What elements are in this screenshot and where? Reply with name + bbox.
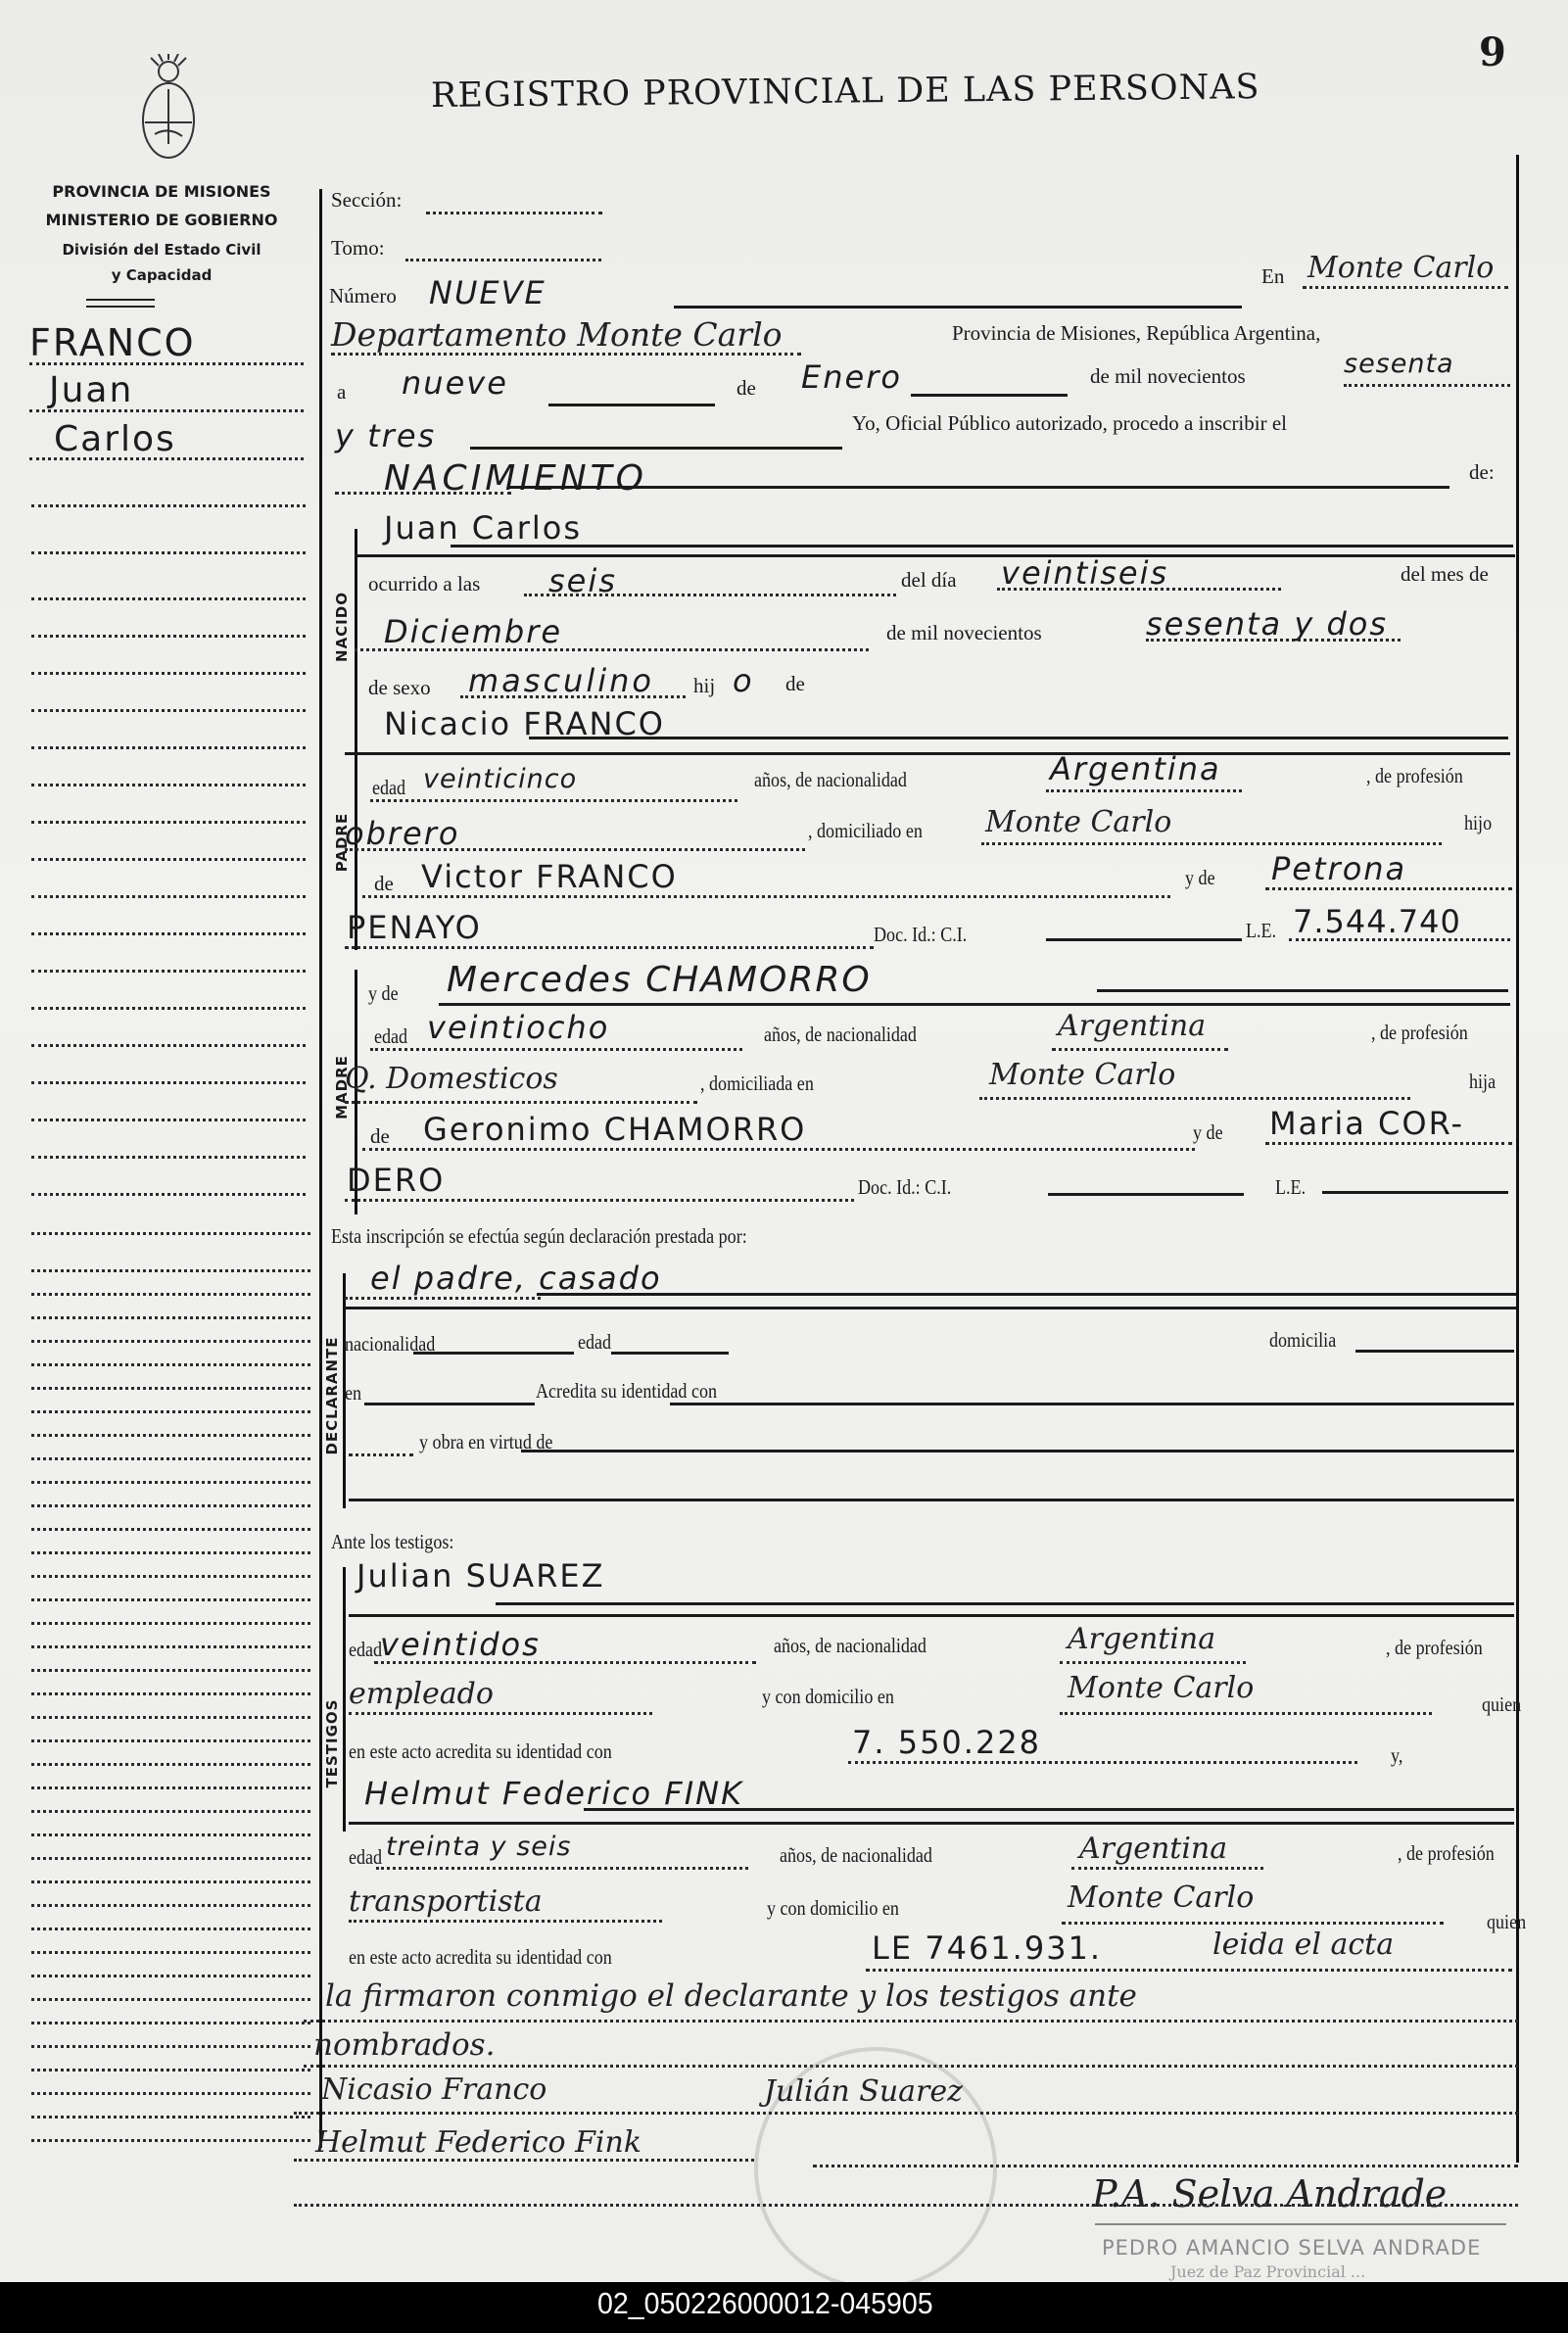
- madre-edad-label: edad: [374, 1024, 407, 1049]
- madre-nac-value[interactable]: Argentina: [1058, 1009, 1206, 1043]
- official-signature-line: [1095, 2223, 1506, 2225]
- margin-given-name-2: Carlos: [54, 419, 176, 459]
- declarante-acredita-label: Acredita su identidad con: [536, 1379, 717, 1404]
- witness2-signature: Helmut Federico Fink: [315, 2125, 641, 2160]
- witness1-prof-label: , de profesión: [1386, 1636, 1483, 1660]
- padre-nac-underline: [1046, 789, 1242, 792]
- provincia-label: Provincia de Misiones, República Argenti…: [952, 321, 1320, 346]
- witness2-id-underline: [866, 1969, 1512, 1972]
- declarante-extra-field[interactable]: [349, 1499, 1514, 1501]
- witness1-y-label: y,: [1391, 1743, 1402, 1768]
- ministry-label: MINISTERIO DE GOBIERNO: [20, 211, 304, 229]
- declarante-obra-prefix: [349, 1453, 413, 1456]
- signature-rule-2b: [813, 2165, 1518, 2167]
- witness2-name[interactable]: Helmut Federico FINK: [364, 1775, 743, 1812]
- declarante-nac-field[interactable]: [413, 1352, 574, 1355]
- day-value[interactable]: nueve: [402, 364, 508, 402]
- margin-surname: FRANCO: [29, 321, 196, 364]
- year-value-1[interactable]: sesenta: [1344, 349, 1454, 379]
- nacido-bracket: [355, 529, 357, 720]
- closing-line-2-rule: [304, 2020, 1518, 2023]
- witness1-prof-value[interactable]: empleado: [349, 1677, 494, 1711]
- madre-doc-label: Doc. Id.: C.I.: [858, 1175, 951, 1200]
- birth-month-value[interactable]: Diciembre: [384, 613, 562, 650]
- witness2-id-label: en este acto acredita su identidad con: [349, 1945, 612, 1970]
- hij-label: hij: [693, 674, 715, 698]
- madre-father-underline: [362, 1148, 1195, 1151]
- declarante-dom-label: domicilia: [1269, 1328, 1336, 1353]
- month-value[interactable]: Enero: [801, 358, 902, 396]
- padre-le-value[interactable]: 7.544.740: [1293, 903, 1461, 940]
- tomo-field[interactable]: [405, 259, 601, 262]
- padre-prof-value[interactable]: obrero: [345, 815, 459, 852]
- madre-mother-value-1[interactable]: Maria COR-: [1269, 1105, 1464, 1142]
- left-frame-line: [319, 189, 322, 2148]
- madre-le-field[interactable]: [1322, 1191, 1508, 1194]
- nacido-name[interactable]: Juan Carlos: [384, 509, 582, 547]
- witness1-nac-underline: [1060, 1661, 1246, 1664]
- declarante-obra-field[interactable]: [521, 1450, 1514, 1452]
- witness1-edad-value[interactable]: veintidos: [380, 1626, 541, 1663]
- witness1-prof-underline: [349, 1712, 652, 1715]
- official-stamp-title: Juez de Paz Provincial ...: [1170, 2262, 1365, 2281]
- padre-prof-label: , de profesión: [1366, 764, 1463, 788]
- padre-prof-underline: [345, 848, 805, 851]
- witness1-dom-underline: [1060, 1712, 1432, 1715]
- padre-name-underline: [529, 737, 1508, 739]
- padre-le-label: L.E.: [1246, 919, 1276, 943]
- testigos-bracket: [343, 1567, 346, 1832]
- en-value[interactable]: Monte Carlo: [1307, 251, 1494, 285]
- witness2-edad-value[interactable]: treinta y seis: [386, 1832, 571, 1862]
- nacido-name-rule: [355, 554, 1515, 557]
- padre-le-underline: [1289, 938, 1510, 941]
- hij-value[interactable]: o: [733, 662, 754, 699]
- witness1-edad-label: edad: [349, 1638, 382, 1662]
- witness2-prof-value[interactable]: transportista: [349, 1884, 543, 1919]
- padre-mother-underline-2: [345, 946, 874, 949]
- padre-dom-underline: [981, 842, 1442, 845]
- year-underline-2: [470, 447, 842, 450]
- madre-name-underline: [1097, 989, 1508, 992]
- padre-dom-label: , domiciliado en: [808, 819, 923, 843]
- declarante-intro: Esta inscripción se efectúa según declar…: [331, 1224, 747, 1249]
- signature-rule-3: [294, 2204, 1518, 2207]
- witness2-name-rule: [349, 1822, 1514, 1825]
- hija-label: hija: [1469, 1070, 1496, 1094]
- a-label: a: [337, 380, 346, 405]
- witness1-name[interactable]: Julian SUAREZ: [356, 1557, 605, 1595]
- witness1-nac-value[interactable]: Argentina: [1068, 1622, 1215, 1656]
- testigos-section-label: TESTIGOS: [323, 1645, 343, 1841]
- nacido-name-underline: [451, 545, 1513, 548]
- year-underline-1: [1344, 384, 1510, 387]
- witness1-dom-value[interactable]: Monte Carlo: [1068, 1671, 1254, 1705]
- padre-ci-field[interactable]: [1046, 938, 1242, 941]
- document-title: REGISTRO PROVINCIAL DE LAS PERSONAS: [431, 68, 1260, 116]
- madre-nac-underline: [1052, 1048, 1228, 1051]
- witness1-id-label: en este acto acredita su identidad con: [349, 1739, 612, 1764]
- sex-underline: [460, 695, 686, 698]
- witness1-dom-label: y con domicilio en: [762, 1685, 894, 1709]
- province-label: PROVINCIA DE MISIONES: [20, 182, 304, 201]
- madre-dom-underline: [979, 1097, 1410, 1100]
- right-frame-line: [1516, 155, 1519, 2163]
- page-number: 9: [1479, 29, 1506, 75]
- birth-year-value[interactable]: sesenta y dos: [1146, 605, 1388, 643]
- en-label: En: [1261, 264, 1284, 289]
- witness2-id-value[interactable]: LE 7461.931.: [872, 1929, 1102, 1967]
- declarante-en-field[interactable]: [364, 1403, 535, 1405]
- signature-rule-2: [294, 2159, 754, 2162]
- madre-name-rule: [439, 1003, 1510, 1006]
- sex-value[interactable]: masculino: [468, 662, 654, 699]
- declarante-en-label: en: [345, 1381, 361, 1405]
- document-id: 02_050226000012-045905: [597, 2286, 933, 2321]
- day-underline: [548, 404, 715, 406]
- declarante-value[interactable]: el padre, casado: [370, 1260, 662, 1297]
- hijo-label: hijo: [1464, 811, 1492, 835]
- division-label: División del Estado Civil: [20, 241, 304, 259]
- witness1-id-value[interactable]: 7. 550.228: [852, 1724, 1041, 1761]
- padre-de-label: de: [374, 872, 394, 896]
- month-label: del mes de: [1401, 562, 1489, 587]
- act-type-underline: [509, 486, 1449, 489]
- witness2-prof-underline: [349, 1920, 662, 1923]
- birth-year-underline: [1146, 639, 1401, 642]
- seccion-label: Sección:: [331, 188, 402, 213]
- padre-edad-value[interactable]: veinticinco: [423, 764, 577, 794]
- madre-name[interactable]: Mercedes CHAMORRO: [447, 960, 872, 1000]
- declarante-underline: [537, 1293, 1516, 1296]
- madre-dom-label: , domiciliada en: [700, 1071, 814, 1096]
- birth-month-underline: [355, 648, 869, 651]
- numero-underline: [674, 306, 1242, 309]
- margin-given-name-1: Juan: [49, 370, 133, 410]
- year-value-2[interactable]: y tres: [335, 417, 436, 454]
- de-label: de: [736, 376, 756, 401]
- closing-line-2: la firmaron conmigo el declarante y los …: [325, 1978, 1137, 2014]
- coat-of-arms-icon: [137, 54, 200, 169]
- madre-le-label: L.E.: [1275, 1175, 1306, 1200]
- nacido-de-label: de: [785, 672, 805, 696]
- official-signature: P.A. Selva Andrade: [1092, 2172, 1447, 2215]
- madre-de-label: de: [370, 1124, 390, 1149]
- en-underline: [1303, 286, 1508, 289]
- witness1-name-rule: [349, 1614, 1514, 1617]
- madre-prof-label: , de profesión: [1371, 1021, 1468, 1045]
- oficial-label: Yo, Oficial Público autorizado, procedo …: [852, 411, 1287, 436]
- padre-mother-underline-1: [1265, 887, 1512, 890]
- numero-value[interactable]: NUEVE: [429, 274, 546, 311]
- witness1-signature: Julián Suarez: [764, 2074, 963, 2109]
- witness2-nac-value[interactable]: Argentina: [1079, 1832, 1227, 1866]
- madre-ci-field[interactable]: [1048, 1193, 1244, 1196]
- padre-dom-value[interactable]: Monte Carlo: [985, 805, 1171, 839]
- departamento-underline: [331, 353, 801, 356]
- madre-mother-value-2[interactable]: DERO: [347, 1162, 445, 1199]
- declarant-signature: Nicasio Franco: [321, 2072, 546, 2107]
- declarante-edad-label: edad: [578, 1330, 611, 1355]
- birth-day-value[interactable]: veintiseis: [1001, 554, 1168, 592]
- witness1-id-underline: [848, 1761, 1357, 1764]
- hour-label: ocurrido a las: [368, 572, 480, 596]
- madre-nac-label: años, de nacionalidad: [764, 1023, 917, 1047]
- witness2-edad-underline: [376, 1867, 748, 1870]
- month-underline: [911, 394, 1068, 397]
- padre-mother-value-2[interactable]: PENAYO: [347, 909, 482, 946]
- decorative-double-rule: [86, 299, 155, 308]
- day-label: del día: [901, 568, 957, 593]
- witness2-nac-label: años, de nacionalidad: [780, 1843, 932, 1868]
- birth-day-underline: [997, 588, 1281, 591]
- witness1-quien-label: quien: [1482, 1692, 1521, 1717]
- declarante-rule: [345, 1307, 1516, 1309]
- declarante-edad-field[interactable]: [611, 1352, 729, 1355]
- witness1-edad-underline: [374, 1661, 756, 1664]
- padre-nac-value[interactable]: Argentina: [1050, 750, 1221, 787]
- year-label: de mil novecientos: [1090, 364, 1246, 389]
- declarante-section-label: DECLARANTE: [323, 1298, 343, 1494]
- birth-record-page: REGISTRO PROVINCIAL DE LAS PERSONAS 9 PR…: [0, 0, 1568, 2282]
- madre-y-de-label: y de: [368, 981, 399, 1006]
- witness2-prof-label: , de profesión: [1398, 1841, 1495, 1866]
- declarante-dom-field[interactable]: [1355, 1350, 1514, 1353]
- tomo-label: Tomo:: [331, 236, 385, 261]
- de-colon-label: de:: [1469, 460, 1495, 485]
- padre-doc-label: Doc. Id.: C.I.: [874, 923, 967, 947]
- padre-y-de-label: y de: [1185, 866, 1215, 890]
- testigos-intro: Ante los testigos:: [331, 1530, 453, 1554]
- witness2-nac-underline: [1071, 1867, 1263, 1870]
- witness2-dom-value[interactable]: Monte Carlo: [1068, 1881, 1254, 1915]
- witness2-quien-label: quien: [1487, 1910, 1526, 1934]
- padre-father-underline: [362, 895, 1170, 898]
- declarante-acredita-field[interactable]: [670, 1403, 1514, 1405]
- madre-father-value[interactable]: Geronimo CHAMORRO: [423, 1111, 806, 1148]
- madre-dom-value[interactable]: Monte Carlo: [989, 1058, 1175, 1092]
- madre-edad-value[interactable]: veintiocho: [427, 1009, 609, 1046]
- madre-prof-value[interactable]: Q. Domesticos: [345, 1062, 558, 1096]
- hour-underline: [524, 594, 896, 596]
- padre-edad-underline: [370, 799, 737, 802]
- madre-edad-underline: [370, 1048, 742, 1051]
- madre-mother-underline-1: [1265, 1142, 1512, 1145]
- madre-y-de-label-2: y de: [1193, 1120, 1223, 1145]
- closing-line-3: nombrados.: [313, 2027, 495, 2063]
- capacity-label: y Capacidad: [20, 266, 304, 284]
- witness2-dom-underline: [1062, 1922, 1444, 1925]
- witness1-nac-label: años, de nacionalidad: [774, 1634, 927, 1658]
- birth-year-label: de mil novecientos: [886, 621, 1042, 645]
- witness2-name-underline: [584, 1808, 1514, 1811]
- padre-mother-value-1[interactable]: Petrona: [1271, 850, 1406, 887]
- numero-label: Número: [329, 284, 397, 309]
- act-type-underline-dots: [335, 492, 511, 495]
- seccion-field[interactable]: [426, 212, 602, 214]
- padre-father-value[interactable]: Victor FRANCO: [421, 858, 678, 895]
- sex-label: de sexo: [368, 676, 431, 700]
- closing-line-1: leida el acta: [1212, 1928, 1394, 1962]
- witness1-name-underline: [496, 1602, 1514, 1605]
- padre-edad-label: edad: [372, 776, 405, 800]
- nacido-section-label: NACIDO: [333, 529, 353, 725]
- padre-nac-label: años, de nacionalidad: [754, 768, 907, 792]
- witness2-dom-label: y con domicilio en: [767, 1896, 899, 1921]
- departamento-value[interactable]: Departamento Monte Carlo: [331, 315, 783, 354]
- declarante-underline-dots: [345, 1297, 541, 1300]
- padre-name-rule: [345, 752, 1510, 755]
- official-stamp-name: PEDRO AMANCIO SELVA ANDRADE: [1102, 2236, 1481, 2260]
- madre-prof-underline: [345, 1101, 697, 1104]
- madre-mother-underline-2: [345, 1199, 854, 1202]
- signature-rule-1: [294, 2112, 1518, 2115]
